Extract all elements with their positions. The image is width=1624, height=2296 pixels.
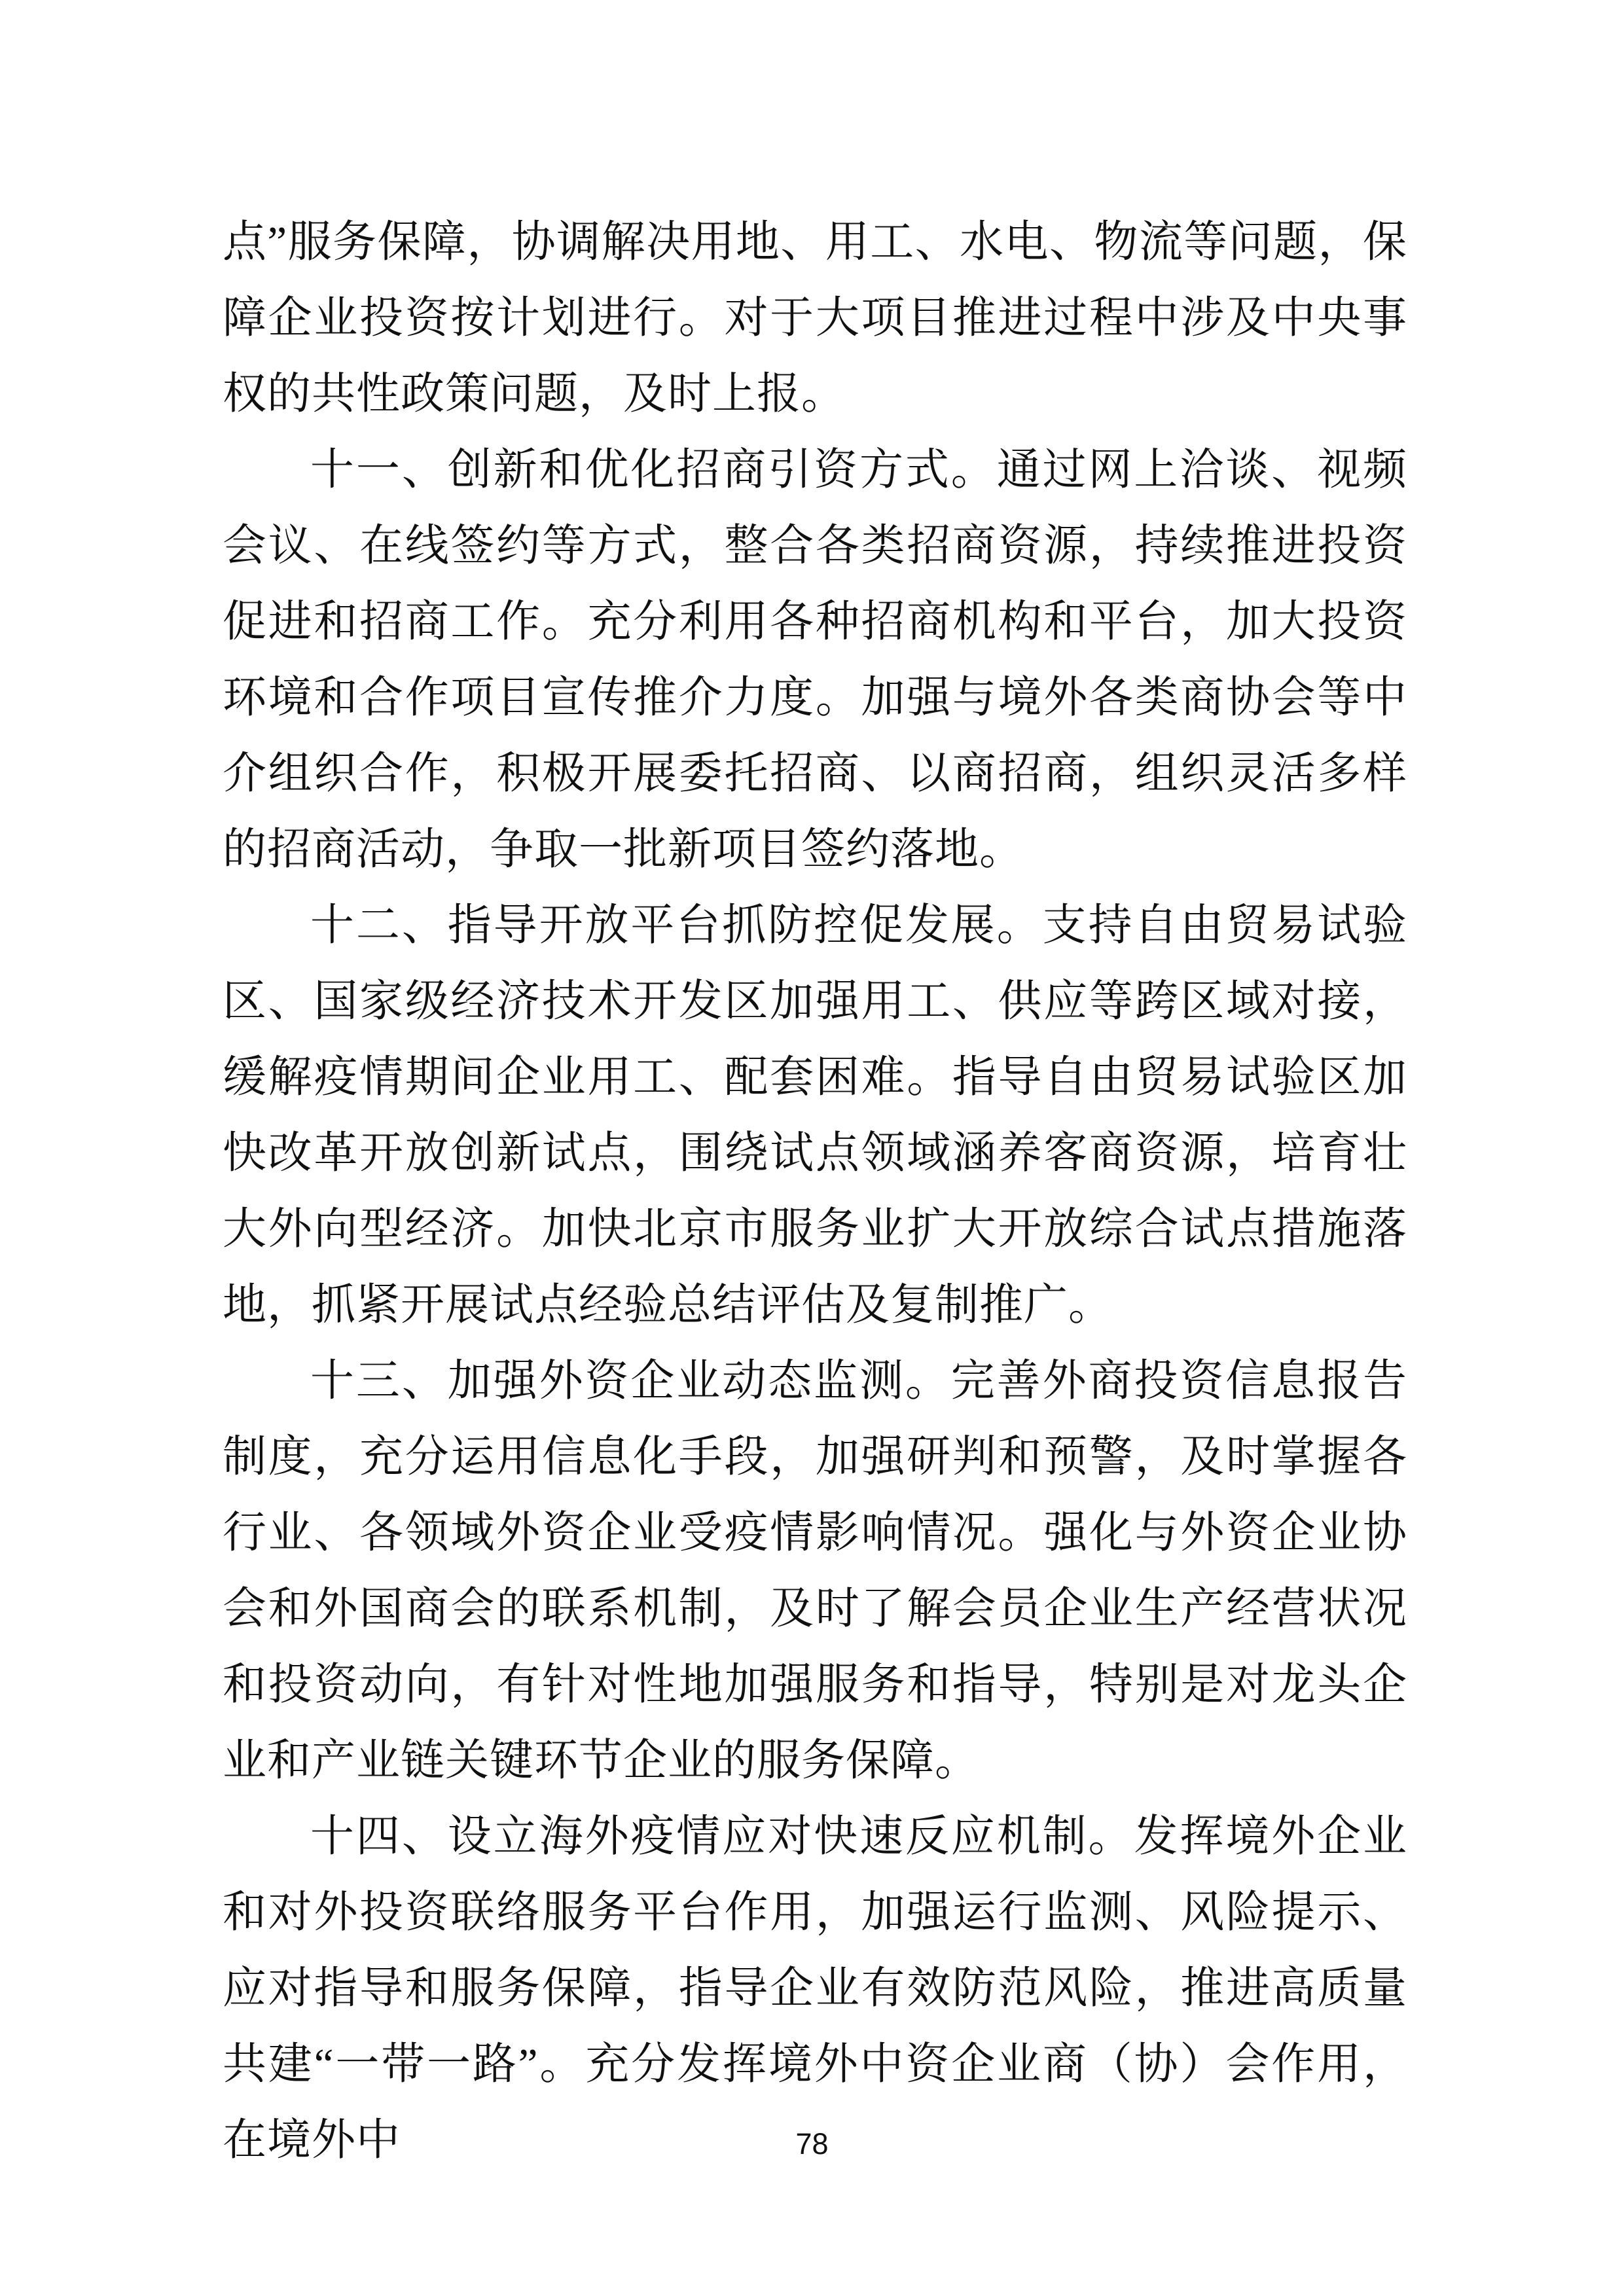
- body-paragraph-item-12: 十二、指导开放平台抓防控促发展。支持自由贸易试验区、国家级经济技术开发区加强用工…: [223, 888, 1407, 1343]
- document-page: 点”服务保障，协调解决用地、用工、水电、物流等问题，保障企业投资按计划进行。对于…: [0, 0, 1624, 2296]
- body-paragraph-continuation: 点”服务保障，协调解决用地、用工、水电、物流等问题，保障企业投资按计划进行。对于…: [223, 204, 1407, 432]
- body-paragraph-item-11: 十一、创新和优化招商引资方式。通过网上洽谈、视频会议、在线签约等方式，整合各类招…: [223, 432, 1407, 888]
- body-paragraph-item-14: 十四、设立海外疫情应对快速反应机制。发挥境外企业和对外投资联络服务平台作用，加强…: [223, 1799, 1407, 2178]
- document-body: 点”服务保障，协调解决用地、用工、水电、物流等问题，保障企业投资按计划进行。对于…: [223, 204, 1407, 2178]
- body-paragraph-item-13: 十三、加强外资企业动态监测。完善外商投资信息报告制度，充分运用信息化手段，加强研…: [223, 1343, 1407, 1799]
- page-number: 78: [0, 2127, 1624, 2161]
